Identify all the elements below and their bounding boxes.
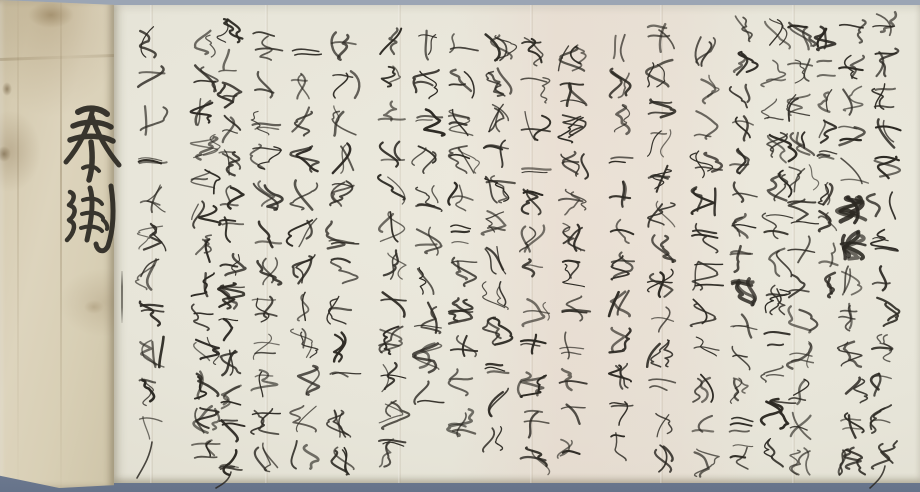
- ink-mark: [121, 271, 123, 323]
- fold-line: [398, 5, 401, 483]
- paper-stain: [28, 2, 74, 28]
- flap-crease: [17, 0, 19, 488]
- letter-sheet: [113, 5, 920, 483]
- fold-line: [530, 5, 533, 483]
- flap-crease: [60, 0, 62, 488]
- cover-title: 奉謝: [0, 0, 1, 1]
- paper-stain: [2, 82, 12, 96]
- paper-stain: [84, 300, 104, 314]
- fold-line: [792, 5, 795, 483]
- fold-line: [660, 5, 663, 483]
- photo: 奉謝: [0, 0, 920, 492]
- paper-stain: [0, 146, 11, 162]
- cover-flap: 奉謝: [0, 0, 114, 488]
- fold-line: [265, 5, 268, 483]
- fold-line: [150, 5, 153, 483]
